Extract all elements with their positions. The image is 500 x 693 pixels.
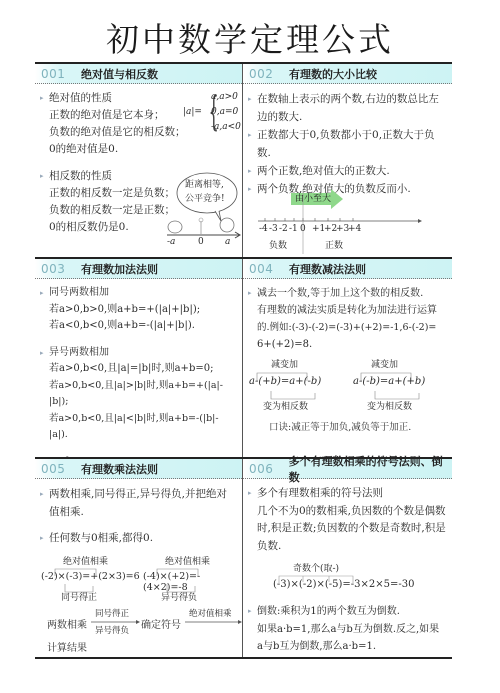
section-002: 002 有理数的大小比较 在数轴上表示的两个数,右边的数总比左边的数大. 正数都…	[243, 64, 452, 257]
bullet-heading: 倒数:乘积为1的两个数互为倒数.	[249, 603, 458, 621]
subtraction-diagram-2: 减变加 a-(-b)=a+(+b) 变为相反数	[353, 357, 448, 412]
negative-label: 负数	[269, 238, 287, 251]
multiplication-example-2: 绝对值相乘 (-4)×(+2)=-(4×2)=-8 异号得负	[143, 554, 243, 604]
text-line: 时,积是正数;负因数的个数是奇数时,积是	[249, 520, 446, 538]
section-header: 006 多个有理数相乘的符号法则、倒数	[243, 459, 452, 479]
subtraction-diagram-1: 减变加 a-(+b)=a+(-b) 变为相反数	[249, 357, 344, 412]
formula-line: 若a<0,b<0,则a+b=-(|a|+|b|).	[41, 318, 236, 335]
speech-line-1: 距离相等,	[185, 177, 224, 190]
positive-label: 正数	[325, 238, 343, 251]
row-3: 005 有理数乘法法则 两数相乘,同号得正,异号得负,并把绝对值相乘. 任何数与…	[35, 457, 452, 659]
axis-label-a: a	[225, 237, 230, 247]
text-line: 0的绝对值是0.	[41, 141, 236, 158]
text-line: 有理数的减法实质是转化为加法进行运算	[249, 302, 446, 319]
section-005: 005 有理数乘法法则 两数相乘,同号得正,异号得负,并把绝对值相乘. 任何数与…	[35, 459, 243, 657]
section-header: 002 有理数的大小比较	[243, 64, 452, 84]
bullet-item: 减去一个数,等于加上这个数的相反数.	[249, 285, 446, 302]
section-006: 006 多个有理数相乘的符号法则、倒数 多个有理数相乘的符号法则 几个不为0的数…	[243, 459, 452, 657]
section-header: 005 有理数乘法法则	[35, 459, 242, 479]
formula-line: 若a>0,b>0,则a+b=+(|a|+|b|);	[41, 302, 236, 319]
mnemonic: 口诀:减正等于加负,减负等于加正.	[269, 419, 411, 433]
cartoon-illustration: 距离相等, 公平竞争! -a 0 a	[163, 171, 243, 251]
bullet-heading: 同号两数相加	[41, 285, 236, 302]
section-header: 004 有理数减法法则	[243, 259, 452, 279]
section-number: 006	[243, 462, 289, 476]
row-1: 001 绝对值与相反数 绝对值的性质 正数的绝对值是它本身； 负数的绝对值是它的…	[35, 62, 452, 257]
bullet-heading: 异号两数相加	[41, 345, 236, 362]
section-number: 005	[35, 462, 81, 476]
bullet-item: 在数轴上表示的两个数,右边的数总比左边的数大.	[249, 90, 446, 126]
arrow-label: 由小至大	[295, 191, 331, 204]
abs-value-formula: |a|= { a,a>0 0,a=0 -a,a<0	[183, 90, 243, 140]
section-title: 绝对值与相反数	[81, 66, 158, 82]
section-001: 001 绝对值与相反数 绝对值的性质 正数的绝对值是它本身； 负数的绝对值是它的…	[35, 64, 243, 257]
formula-grid: 001 绝对值与相反数 绝对值的性质 正数的绝对值是它本身； 负数的绝对值是它的…	[35, 62, 452, 659]
bullet-item: 两个正数,绝对值大的正数大.	[249, 162, 446, 180]
page-title: 初中数学定理公式	[0, 14, 500, 61]
formula-line: 若a>0,b<0,且|a|<|b|时,则a+b=-(|b|-|a|).	[41, 411, 236, 444]
section-title: 有理数的大小比较	[289, 66, 377, 82]
text-line: 几个不为0的数相乘,负因数的个数是偶数	[249, 503, 446, 521]
multiplication-example-1: 绝对值相乘 (-2)×(-3)=+(2×3)=6 同号得正	[41, 554, 141, 604]
row-2: 003 有理数加法法则 同号两数相加 若a>0,b>0,则a+b=+(|a|+|…	[35, 257, 452, 457]
section-header: 003 有理数加法法则	[35, 259, 242, 279]
section-number: 001	[35, 67, 81, 81]
bullet-item: 正数都大于0,负数都小于0,正数大于负数.	[249, 126, 446, 162]
section-title: 多个有理数相乘的符号法则、倒数	[289, 453, 452, 485]
section-number: 004	[243, 262, 289, 276]
text-line: a与b互为倒数,那么a·b=1.	[249, 638, 458, 656]
speech-line-2: 公平竞争!	[185, 191, 225, 204]
section-004: 004 有理数减法法则 减去一个数,等于加上这个数的相反数. 有理数的减法实质是…	[243, 259, 452, 457]
section-title: 有理数乘法法则	[81, 461, 158, 477]
text-line: 负数.	[249, 538, 446, 556]
section-number: 003	[35, 262, 81, 276]
bullet-item: 两数相乘,同号得正,异号得负,并把绝对值相乘.	[41, 485, 236, 521]
section-title: 有理数加法法则	[81, 261, 158, 277]
section-003: 003 有理数加法法则 同号两数相加 若a>0,b>0,则a+b=+(|a|+|…	[35, 259, 243, 457]
formula-line: 若a>0,b<0,且|a|=|b|时,则a+b=0;	[41, 361, 236, 378]
text-line: 的.例如:(-3)-(-2)=(-3)+(+2)=-1,6-(-2)=	[249, 319, 446, 336]
section-header: 001 绝对值与相反数	[35, 64, 242, 84]
section-title: 有理数减法法则	[289, 261, 366, 277]
formula-line: 若a>0,b<0,且|a|>|b|时,则a+b=+(|a|-|b|);	[41, 378, 236, 411]
axis-label-neg-a: -a	[167, 237, 175, 247]
sign-rule-example: 奇数个(取-) (-3)×(-2)×(-5)=-3×2×5=-30	[273, 561, 443, 601]
bullet-heading: 多个有理数相乘的符号法则	[249, 485, 446, 503]
multiplication-flow: 两数相乘 同号得正 异号得负 确定符号 绝对值相乘 计算结果	[47, 607, 243, 657]
tick-labels: -4 -3 -2 -1 0 +1 +2 +3 +4	[259, 224, 360, 234]
bullet-item: 任何数与0相乘,都得0.	[41, 529, 236, 547]
axis-label-zero: 0	[198, 237, 204, 247]
section-number: 002	[243, 67, 289, 81]
text-line: 如果a·b=1,那么a与b互为倒数.反之,如果	[249, 621, 458, 639]
number-line-diagram: 由小至大 -4 -3 -2 -1 0 +1 +2 +3 +4 负数 正数	[243, 189, 452, 254]
text-line: 6+(+2)=8.	[249, 336, 446, 353]
